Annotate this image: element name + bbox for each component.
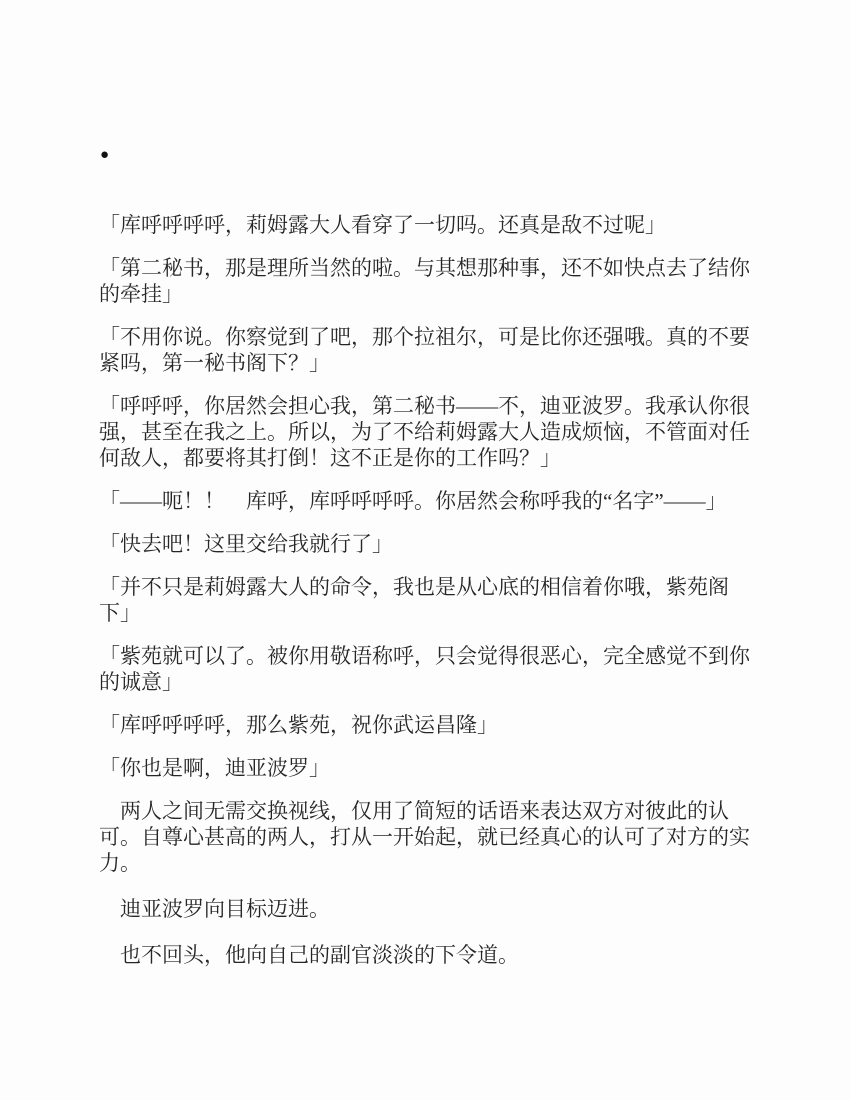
- narration-paragraph: 两人之间无需交换视线，仅用了简短的话语来表达双方对彼此的认可。自尊心甚高的两人，…: [99, 798, 759, 876]
- dialogue-paragraph: 「不用你说。你察觉到了吧，那个拉祖尔，可是比你还强哦。真的不要紧吗，第一秘书阁下…: [99, 324, 759, 376]
- page-content: 「库呼呼呼呼，莉姆露大人看穿了一切吗。还真是敌不过呢」 「第二秘书，那是理所当然…: [99, 212, 759, 988]
- narration-paragraph: 迪亚波罗向目标迈进。: [99, 896, 759, 922]
- dialogue-paragraph: 「紫苑就可以了。被你用敬语称呼，只会觉得很恶心，完全感觉不到你的诚意」: [99, 643, 759, 695]
- dialogue-paragraph: 「库呼呼呼呼，那么紫苑，祝你武运昌隆」: [99, 712, 759, 738]
- dialogue-paragraph: 「——呃！！ 库呼，库呼呼呼呼。你居然会称呼我的“名字”——」: [99, 488, 759, 514]
- dialogue-paragraph: 「库呼呼呼呼，莉姆露大人看穿了一切吗。还真是敌不过呢」: [99, 212, 759, 238]
- dialogue-paragraph: 「第二秘书，那是理所当然的啦。与其想那种事，还不如快点去了结你的牵挂」: [99, 255, 759, 307]
- dialogue-paragraph: 「快去吧！这里交给我就行了」: [99, 531, 759, 557]
- novel-page: ● 「库呼呼呼呼，莉姆露大人看穿了一切吗。还真是敌不过呢」 「第二秘书，那是理所…: [0, 0, 850, 1100]
- section-bullet-marker: ●: [100, 148, 109, 163]
- dialogue-paragraph: 「你也是啊，迪亚波罗」: [99, 755, 759, 781]
- dialogue-paragraph: 「并不只是莉姆露大人的命令，我也是从心底的相信着你哦，紫苑阁下」: [99, 574, 759, 626]
- dialogue-paragraph: 「呼呼呼，你居然会担心我，第二秘书——不，迪亚波罗。我承认你很强，甚至在我之上。…: [99, 393, 759, 471]
- narration-paragraph: 也不回头，他向自己的副官淡淡的下令道。: [99, 942, 759, 968]
